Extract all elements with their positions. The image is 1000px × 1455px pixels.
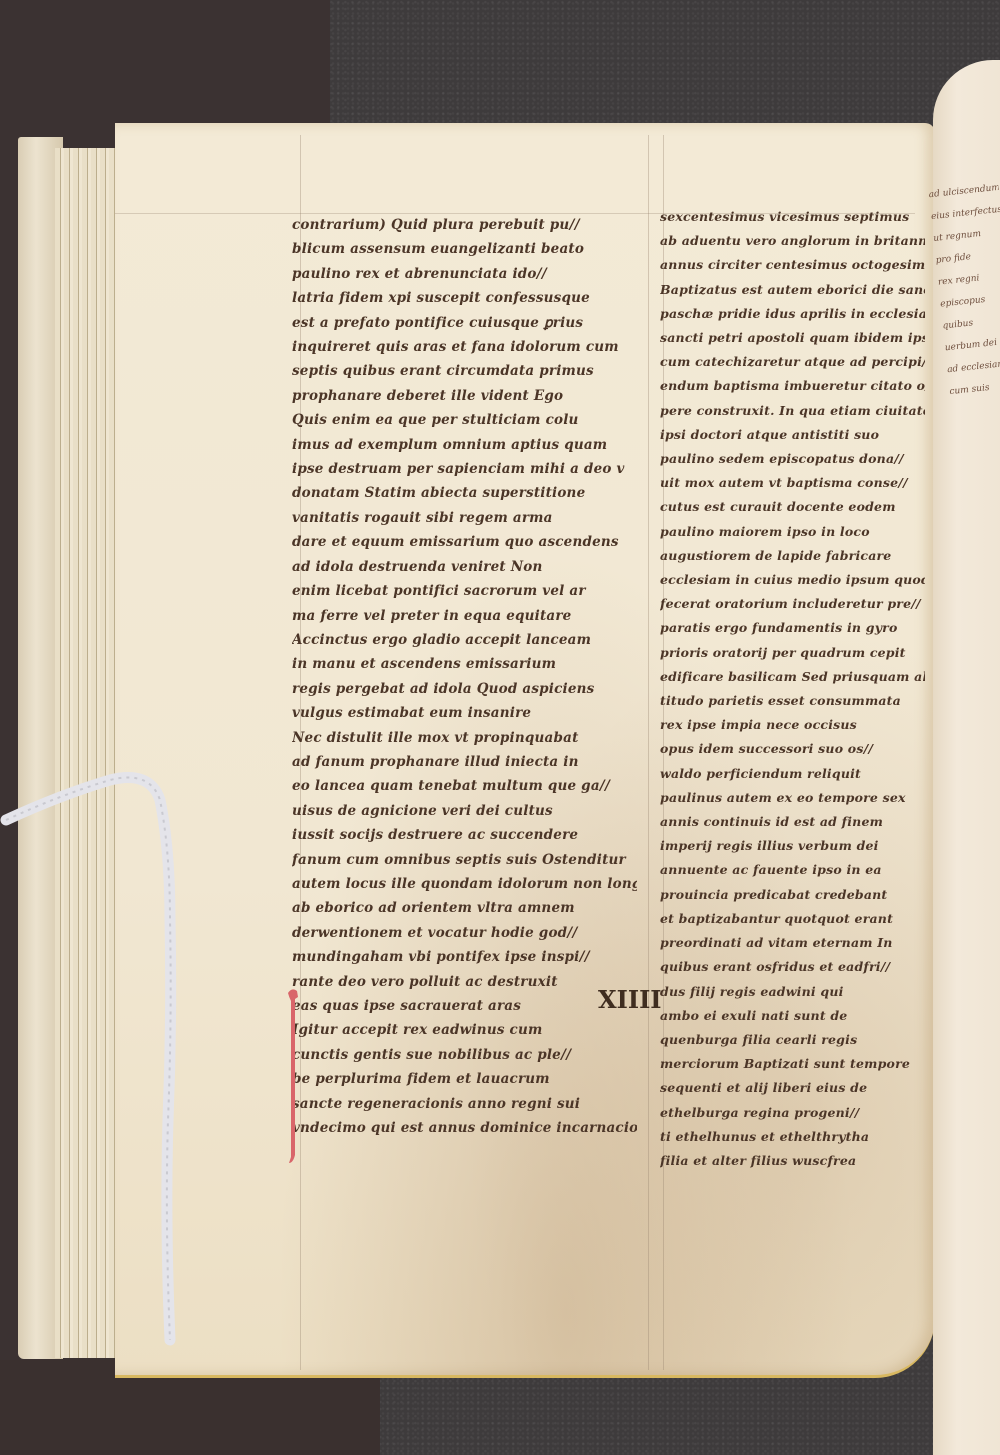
text-line: imperij regis illius verbum dei	[660, 834, 925, 858]
text-line: uit mox autem vt baptisma conse//	[660, 471, 925, 495]
text-line: dus filij regis eadwini qui	[660, 980, 925, 1004]
text-line: cum catechizaretur atque ad percipi//	[660, 350, 925, 374]
text-line: fecerat oratorium includeretur pre//	[660, 592, 925, 616]
text-line: donatam Statim abiecta superstitione	[292, 481, 637, 505]
text-line: Baptizatus est autem eborici die sancto	[660, 278, 925, 302]
text-line: sancte regeneracionis anno regni sui	[292, 1092, 637, 1116]
text-line: waldo perficiendum reliquit	[660, 762, 925, 786]
text-line: annuente ac fauente ipso in ea	[660, 858, 925, 882]
text-line: eo lancea quam tenebat multum que ga//	[292, 774, 637, 798]
text-line: est a prefato pontifice cuiusque ꝑrius	[292, 311, 637, 335]
text-line: Igitur accepit rex eadwinus cum	[292, 1018, 637, 1042]
facing-page-text: ad ulciscendum eius interfectus ut regnu…	[928, 177, 1000, 403]
text-line: edificare basilicam Sed priusquam al	[660, 665, 925, 689]
text-line: vndecimo qui est annus dominice incarnac…	[292, 1116, 637, 1140]
text-line: ad idola destruenda veniret Non	[292, 555, 637, 579]
text-line: sancti petri apostoli quam ibidem ipse d…	[660, 326, 925, 350]
text-line: ipse destruam per sapienciam mihi a deo …	[292, 457, 637, 481]
text-line: ab aduentu vero anglorum in britanniam	[660, 229, 925, 253]
text-line: rex ipse impia nece occisus	[660, 713, 925, 737]
text-line: derwentionem et vocatur hodie god//	[292, 921, 637, 945]
text-line: sequenti et alij liberi eius de	[660, 1076, 925, 1100]
text-line: rante deo vero polluit ac destruxit	[292, 970, 637, 994]
ruling-line-middle	[648, 135, 649, 1370]
text-line: regis pergebat ad idola Quod aspiciens	[292, 677, 637, 701]
text-line: autem locus ille quondam idolorum non lo…	[292, 872, 637, 896]
text-line: quenburga filia cearli regis	[660, 1028, 925, 1052]
text-line: pere construxit. In qua etiam ciuitate	[660, 399, 925, 423]
text-line: Accinctus ergo gladio accepit lanceam	[292, 628, 637, 652]
text-line: paratis ergo fundamentis in gyro	[660, 616, 925, 640]
text-line: ma ferre vel preter in equa equitare	[292, 604, 637, 628]
rubricated-initial-icon	[286, 985, 300, 1165]
text-line: Nec distulit ille mox vt propinquabat	[292, 726, 637, 750]
text-line: quibus erant osfridus et eadfri//	[660, 955, 925, 979]
text-line: prioris oratorij per quadrum cepit	[660, 641, 925, 665]
text-column-left: contrarium) Quid plura perebuit pu//blic…	[292, 213, 637, 1140]
text-line: ethelburga regina progeni//	[660, 1101, 925, 1125]
text-line: be perplurima fidem et lauacrum	[292, 1067, 637, 1091]
text-line: cunctis gentis sue nobilibus ac ple//	[292, 1043, 637, 1067]
text-line: Quis enim ea que per stulticiam colu	[292, 408, 637, 432]
text-line: dare et equum emissarium quo ascendens	[292, 530, 637, 554]
text-line: imus ad exemplum omnium aptius quam	[292, 433, 637, 457]
text-line: fanum cum omnibus septis suis Ostenditur	[292, 848, 637, 872]
text-line: vulgus estimabat eum insanire	[292, 701, 637, 725]
text-line: paulinus autem ex eo tempore sex	[660, 786, 925, 810]
text-line: eas quas ipse sacrauerat aras	[292, 994, 637, 1018]
text-line: ecclesiam in cuius medio ipsum quod priu…	[660, 568, 925, 592]
text-line: iussit socijs destruere ac succendere	[292, 823, 637, 847]
text-line: ti ethelhunus et ethelthrytha	[660, 1125, 925, 1149]
text-line: ambo ei exuli nati sunt de	[660, 1004, 925, 1028]
text-line: opus idem successori suo os//	[660, 737, 925, 761]
text-line: prouincia predicabat credebant	[660, 883, 925, 907]
text-line: paulino sedem episcopatus dona//	[660, 447, 925, 471]
text-line: filia et alter filius wuscfrea	[660, 1149, 925, 1173]
text-line: in manu et ascendens emissarium	[292, 652, 637, 676]
text-line: septis quibus erant circumdata primus	[292, 359, 637, 383]
text-line: ad fanum prophanare illud iniecta in	[292, 750, 637, 774]
text-line: preordinati ad vitam eternam In	[660, 931, 925, 955]
text-line: endum baptisma imbueretur citato o//	[660, 374, 925, 398]
text-line: sexcentesimus vicesimus septimus	[660, 205, 925, 229]
text-line: contrarium) Quid plura perebuit pu//	[292, 213, 637, 237]
text-line: prophanare deberet ille vident Ego	[292, 384, 637, 408]
text-line: enim licebat pontifici sacrorum vel ar	[292, 579, 637, 603]
chapter-numeral: XIIII	[598, 985, 662, 1014]
text-line: titudo parietis esset consummata	[660, 689, 925, 713]
text-line: uisus de agnicione veri dei cultus	[292, 799, 637, 823]
text-line: ipsi doctori atque antistiti suo	[660, 423, 925, 447]
text-line: cutus est curauit docente eodem	[660, 495, 925, 519]
text-line: merciorum Baptizati sunt tempore	[660, 1052, 925, 1076]
text-line: annus circiter centesimus octogesimus	[660, 253, 925, 277]
text-line: paulino maiorem ipso in loco	[660, 520, 925, 544]
text-line: ab eborico ad orientem vltra amnem	[292, 896, 637, 920]
text-column-right: sexcentesimus vicesimus septimusab aduen…	[660, 205, 925, 1173]
text-line: paschæ pridie idus aprilis in ecclesia	[660, 302, 925, 326]
text-line: inquireret quis aras et fana idolorum cu…	[292, 335, 637, 359]
text-line: latria fidem xpi suscepit confessusque	[292, 286, 637, 310]
text-line: mundingaham vbi pontifex ipse inspi//	[292, 945, 637, 969]
text-line: augustiorem de lapide fabricare	[660, 544, 925, 568]
text-line: vanitatis rogauit sibi regem arma	[292, 506, 637, 530]
text-line: paulino rex et abrenunciata ido//	[292, 262, 637, 286]
text-line: blicum assensum euangelizanti beato	[292, 237, 637, 261]
text-line: annis continuis id est ad finem	[660, 810, 925, 834]
facing-page: ad ulciscendum eius interfectus ut regnu…	[933, 60, 1000, 1455]
string-tie-icon	[0, 720, 200, 1350]
text-line: et baptizabantur quotquot erant	[660, 907, 925, 931]
